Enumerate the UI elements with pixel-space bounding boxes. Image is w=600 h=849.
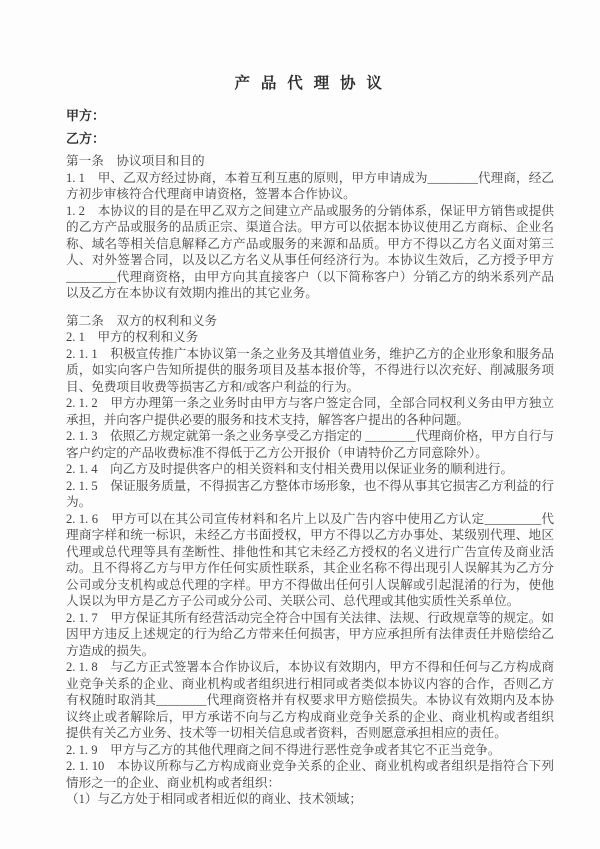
- clause-1-2: 1. 2 本协议的目的是在甲乙双方之间建立产品或服务的分销体系，保证甲方销售或提…: [66, 203, 554, 302]
- clause-2-1-9: 2. 1. 9 甲方与乙方的其他代理商之间不得进行恶性竞争或者其它不正当竞争。: [66, 742, 554, 759]
- clause-2-1: 2. 1 甲方的权利和义务: [66, 329, 554, 346]
- clause-2-1-3: 2. 1. 3 依照乙方规定就第一条之业务享受乙方指定的 ________代理商…: [66, 428, 554, 461]
- clause-2-1-10-item-1: （1）与乙方处于相同或者相近似的商业、技术领域；: [66, 791, 554, 808]
- clause-2-1-5: 2. 1. 5 保证服务质量，不得损害乙方整体市场形象，也不得从事其它损害乙方利…: [66, 478, 554, 511]
- party-a-label: 甲方：: [66, 107, 554, 124]
- clause-2-1-6: 2. 1. 6 甲方可以在其公司宣传材料和名片上以及广告内容中使用乙方认定___…: [66, 511, 554, 610]
- section-1-heading: 第一条 协议项目和目的: [66, 153, 554, 170]
- clause-1-1: 1. 1 甲、乙双方经过协商，本着互利互惠的原则，甲方申请成为________代…: [66, 170, 554, 203]
- section-2-heading: 第二条 双方的权利和义务: [66, 313, 554, 330]
- clause-2-1-1: 2. 1. 1 积极宣传推广本协议第一条之业务及其增值业务，维护乙方的企业形象和…: [66, 346, 554, 396]
- clause-2-1-8: 2. 1. 8 与乙方正式签署本合作协议后，本协议有效期内，甲方不得和任何与乙方…: [66, 659, 554, 742]
- clause-2-1-10: 2. 1. 10 本协议所称与乙方构成商业竞争关系的企业、商业机构或者组织是指符…: [66, 758, 554, 791]
- document-title: 产 品 代 理 协 议: [66, 74, 554, 93]
- clause-2-1-2: 2. 1. 2 甲方办理第一条之业务时由甲方与客户签定合同，全部合同权利义务由甲…: [66, 395, 554, 428]
- clause-2-1-7: 2. 1. 7 甲方保证其所有经营活动完全符合中国有关法律、法规、行政规章等的规…: [66, 610, 554, 660]
- document-page: 产 品 代 理 协 议 甲方： 乙方： 第一条 协议项目和目的 1. 1 甲、乙…: [0, 0, 600, 849]
- clause-2-1-4: 2. 1. 4 向乙方及时提供客户的相关资料和支付相关费用以保证业务的顺利进行。: [66, 461, 554, 478]
- party-b-label: 乙方：: [66, 130, 554, 147]
